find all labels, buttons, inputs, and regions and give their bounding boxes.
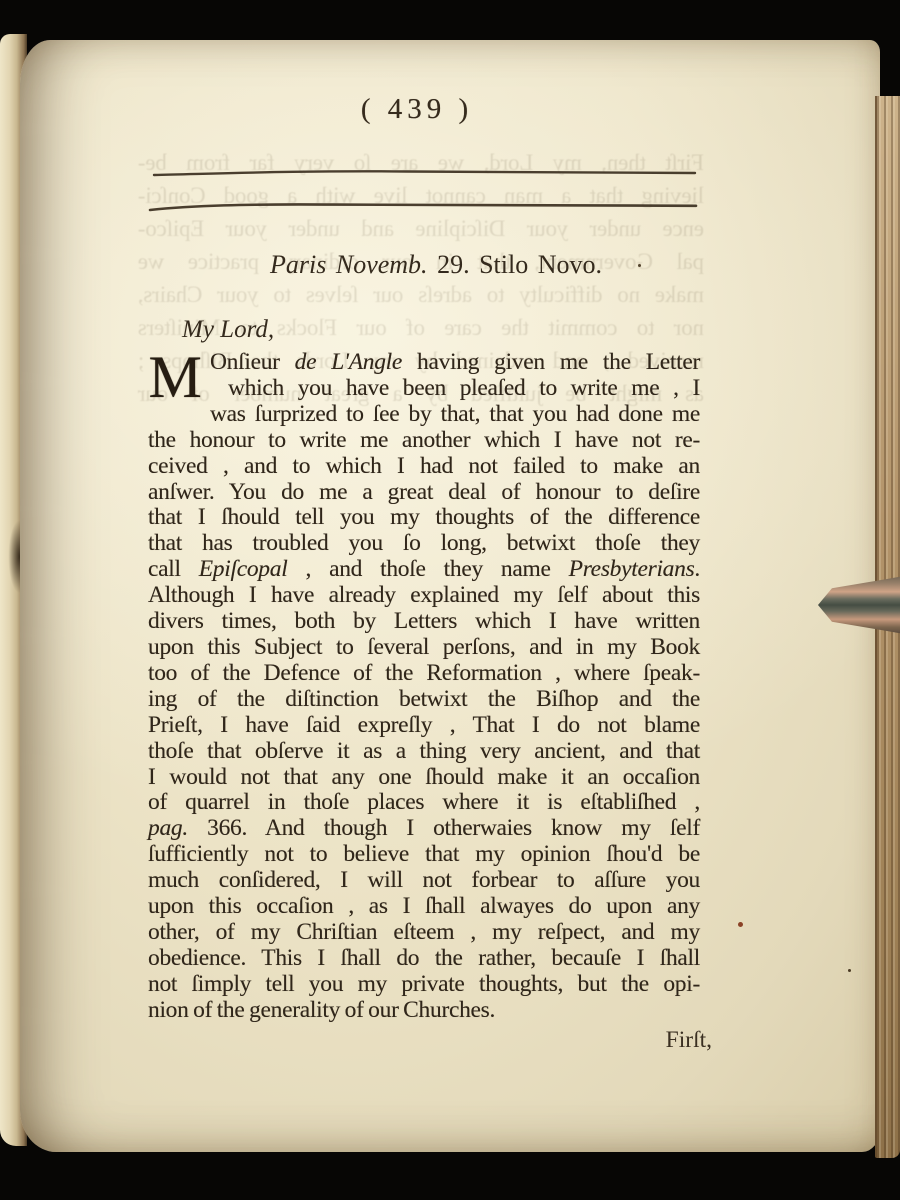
- body-line: nion of the generality of our Churches.: [148, 998, 700, 1024]
- body-line: Although I have already explained my ſel…: [148, 583, 700, 609]
- horizontal-rule-top: [152, 168, 697, 178]
- ink-speck: [638, 264, 641, 267]
- catchword: Firſt,: [666, 1027, 712, 1054]
- body-text: MOnſieur de L'Angle having given me the …: [148, 350, 700, 1024]
- book-page: Firſt then, my Lord, we are ſo very far …: [20, 40, 880, 1152]
- body-line: which you have been pleaſed to write me …: [148, 376, 700, 402]
- body-line: much conſidered, I will not forbear to a…: [148, 868, 700, 894]
- body-line: was ſurprized to ſee by that, that you h…: [148, 402, 700, 428]
- body-line: upon this Subject to ſeveral perſons, an…: [148, 635, 700, 661]
- body-line: of quarrel in thoſe places where it is e…: [148, 790, 700, 816]
- body-line: obedience. This I ſhall do the rather, b…: [148, 946, 700, 972]
- dateline-style: 29. Stilo Novo.: [428, 250, 602, 279]
- body-line: too of the Defence of the Reformation , …: [148, 661, 700, 687]
- horizontal-rule-bottom: [148, 201, 698, 213]
- bleedthrough-line: ence under your Diſcipline and under you…: [138, 212, 704, 245]
- body-line: ſufficiently not to believe that my opin…: [148, 842, 700, 868]
- body-line: upon this occaſion , as I ſhall alwayes …: [148, 894, 700, 920]
- page-number: ( 439 ): [148, 93, 700, 126]
- body-line: ing of the diſtinction betwixt the Biſho…: [148, 687, 700, 713]
- body-line: the honour to write me another which I h…: [148, 428, 700, 454]
- body-line: anſwer. You do me a great deal of honour…: [148, 480, 700, 506]
- body-line: Prieſt, I have ſaid expreſly , That I do…: [148, 713, 700, 739]
- body-line: call Epiſcopal , and thoſe they name Pre…: [148, 557, 700, 583]
- body-line: not ſimply tell you my private thoughts,…: [148, 972, 700, 998]
- dateline-place-date: Paris Novemb.: [270, 250, 428, 279]
- foxing-speck: [848, 969, 851, 972]
- body-line: that has troubled you ſo long, betwixt t…: [148, 531, 700, 557]
- body-line: pag. 366. And though I otherwaies know m…: [148, 816, 700, 842]
- drop-cap: M: [148, 351, 202, 403]
- body-line: other, of my Chriſtian eſteem , my reſpe…: [148, 920, 700, 946]
- body-line: Onſieur de L'Angle having given me the L…: [148, 350, 700, 376]
- body-line: I would not that any one ſhould make it …: [148, 765, 700, 791]
- bleedthrough-line: make no difficulty to adreſs our ſelves …: [138, 278, 704, 311]
- dateline: Paris Novemb. 29. Stilo Novo.: [148, 250, 700, 280]
- book-photo: Firſt then, my Lord, we are ſo very far …: [0, 0, 900, 1200]
- body-line: ceived , and to which I had not failed t…: [148, 454, 700, 480]
- body-line: divers times, both by Letters which I ha…: [148, 609, 700, 635]
- body-line: thoſe that obſerve it as a thing very an…: [148, 739, 700, 765]
- foxing-speck: [738, 922, 743, 927]
- salutation: My Lord,: [182, 316, 274, 344]
- body-line: that I ſhould tell you my thoughts of th…: [148, 505, 700, 531]
